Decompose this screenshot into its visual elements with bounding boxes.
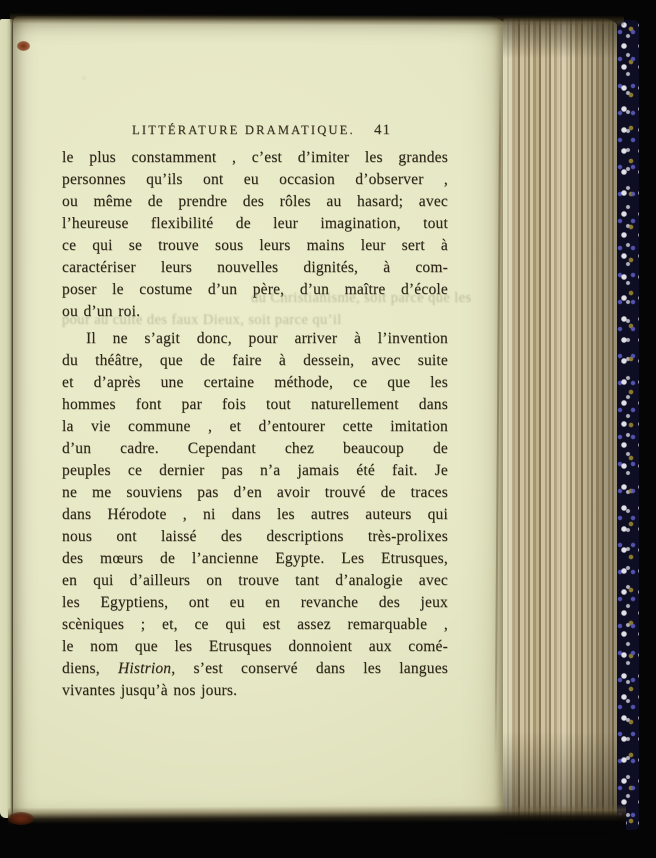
header-title: LITTÉRATURE DRAMATIQUE. bbox=[132, 123, 355, 138]
book-scan: du Christianisme, soit parce que les pou… bbox=[0, 0, 656, 858]
text-line: hommes font par fois tout naturellement … bbox=[62, 394, 448, 416]
text-line: et d’après une certaine méthode, ce que … bbox=[62, 372, 448, 394]
page-edges-stack bbox=[503, 18, 619, 828]
text-line: nous ont laissé des descriptions très-pr… bbox=[62, 526, 448, 548]
brown-stain-smudge bbox=[8, 812, 34, 825]
text-line: du théâtre, que de faire à dessein, avec… bbox=[62, 350, 448, 372]
paragraph-lines: du théâtre, que de faire à dessein, avec… bbox=[62, 350, 448, 658]
text-line: en qui d’ailleurs on trouve tant d’analo… bbox=[62, 570, 448, 592]
italic-term: Histrion bbox=[118, 660, 171, 677]
paragraph-2: Il ne s’agit donc, pour arriver à l’inve… bbox=[62, 328, 448, 702]
text-line: caractériser leurs nouvelles dignités, à… bbox=[62, 257, 448, 279]
text-line: ce qui se trouve sous leurs mains leur s… bbox=[62, 235, 448, 257]
marbled-cover-strip bbox=[617, 20, 639, 830]
bleedthrough-text: du Christianisme, soit parce que les bbox=[251, 288, 472, 308]
adjacent-page-edge bbox=[0, 19, 13, 818]
red-stain-speck bbox=[17, 41, 30, 51]
text-line: peuples ce dernier pas n’a jamais été fa… bbox=[62, 460, 448, 482]
text-line: des mœurs de l’ancienne Egypte. Les Etru… bbox=[62, 548, 448, 570]
text-line: ne me souviens pas d’en avoir trouvé de … bbox=[62, 482, 448, 504]
text-line: ou même de prendre des rôles au hasard; … bbox=[62, 191, 448, 213]
paragraph-lines: le plus constamment , c’est d’imiter les… bbox=[62, 147, 448, 301]
text-line: dans Hérodote , ni dans les autres auteu… bbox=[62, 504, 448, 526]
text-line: les Egyptiens, ont eu en revanche des je… bbox=[62, 592, 448, 614]
running-header: LITTÉRATURE DRAMATIQUE. 41 bbox=[62, 120, 448, 140]
text-segment: , s’est conservé dans les langues bbox=[171, 660, 448, 677]
book-page: du Christianisme, soit parce que les pou… bbox=[13, 16, 507, 822]
text-line: le nom que les Etrusques donnoient aux c… bbox=[62, 636, 448, 658]
text-line: le plus constamment , c’est d’imiter les… bbox=[62, 147, 448, 169]
text-line: scèniques ; et, ce qui est assez remarqu… bbox=[62, 614, 448, 636]
text-line: l’heureuse flexibilité de leur imaginati… bbox=[62, 213, 448, 235]
book-bottom-edge bbox=[8, 804, 626, 835]
text-segment: diens, bbox=[62, 660, 118, 677]
text-line: la vie commune , et d’entourer cette imi… bbox=[62, 416, 448, 438]
text-line: Il ne s’agit donc, pour arriver à l’inve… bbox=[62, 328, 448, 350]
page-number: 41 bbox=[374, 122, 391, 139]
text-line: d’un cadre. Cependant chez beaucoup de bbox=[62, 438, 448, 460]
text-line: vivantes jusqu’à nos jours. bbox=[62, 680, 448, 702]
book-top-edge bbox=[10, 9, 624, 27]
bleedthrough-text: pour au culte des faux Dieux, soit parce… bbox=[62, 310, 342, 330]
text-line-with-italic: diens, Histrion, s’est conservé dans les… bbox=[62, 658, 448, 680]
text-block: LITTÉRATURE DRAMATIQUE. 41 le plus const… bbox=[62, 120, 448, 702]
text-line: personnes qu’ils ont eu occasion d’obser… bbox=[62, 169, 448, 191]
